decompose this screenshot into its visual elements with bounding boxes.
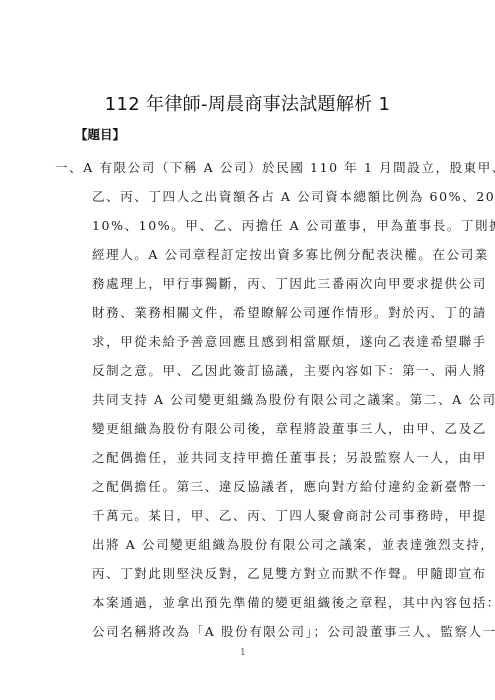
paragraph-line: 共同支持 A 公司變更組織為股份有限公司之議案。第二、A 公司	[92, 390, 495, 408]
paragraph-line: 之配偶擔任，並共同支持甲擔任董事長；另設監察人一人，由甲	[92, 448, 487, 466]
paragraph-line: 財務、業務相關文件，希望瞭解公司運作情形。對於丙、丁的請	[92, 303, 487, 321]
paragraph-line: 變更組織為股份有限公司後，章程將設董事三人，由甲、乙及乙	[92, 419, 487, 437]
paragraph-line: 出將 A 公司變更組織為股份有限公司之議案，並表達強烈支持，	[92, 535, 494, 553]
paragraph-line: 公司名稱將改為「A 股份有限公司」；公司設董事三人、監察人一	[92, 622, 495, 640]
paragraph-line: 10%、10%。甲、乙、丙擔任 A 公司董事，甲為董事長。丁則擔任	[92, 216, 495, 234]
paragraph-line: 丙、丁對此則堅決反對，乙見雙方對立而默不作聲。甲隨即宣布	[92, 564, 487, 582]
section-heading: 【題目】	[75, 125, 125, 143]
paragraph-line: 一、A 有限公司（下稱 A 公司）於民國 110 年 1 月間設立，股東甲、	[55, 158, 495, 176]
page-number: 1	[240, 648, 246, 658]
paragraph-line: 反制之意。甲、乙因此簽訂協議，主要內容如下：第一、兩人將	[92, 361, 487, 379]
paragraph-line: 求，甲從未給予善意回應且感到相當厭煩，遂向乙表達希望聯手	[92, 332, 487, 350]
paragraph-line: 經理人。A 公司章程訂定按出資多寡比例分配表決權。在公司業	[92, 245, 489, 263]
paragraph-line: 千萬元。某日，甲、乙、丙、丁四人聚會商討公司事務時，甲提	[92, 506, 487, 524]
paragraph-line: 之配偶擔任。第三、違反協議者，應向對方給付違約金新臺幣一	[92, 477, 487, 495]
paragraph-line: 乙、丙、丁四人之出資額各占 A 公司資本總額比例為 60%、20%、	[92, 187, 495, 205]
paragraph-line: 務處理上，甲行事獨斷，丙、丁因此三番兩次向甲要求提供公司	[92, 274, 487, 292]
document-title: 112 年律師-周晨商事法試題解析 1	[0, 90, 495, 116]
paragraph-line: 本案通過，並拿出預先準備的變更組織後之章程，其中內容包括：	[92, 593, 495, 611]
